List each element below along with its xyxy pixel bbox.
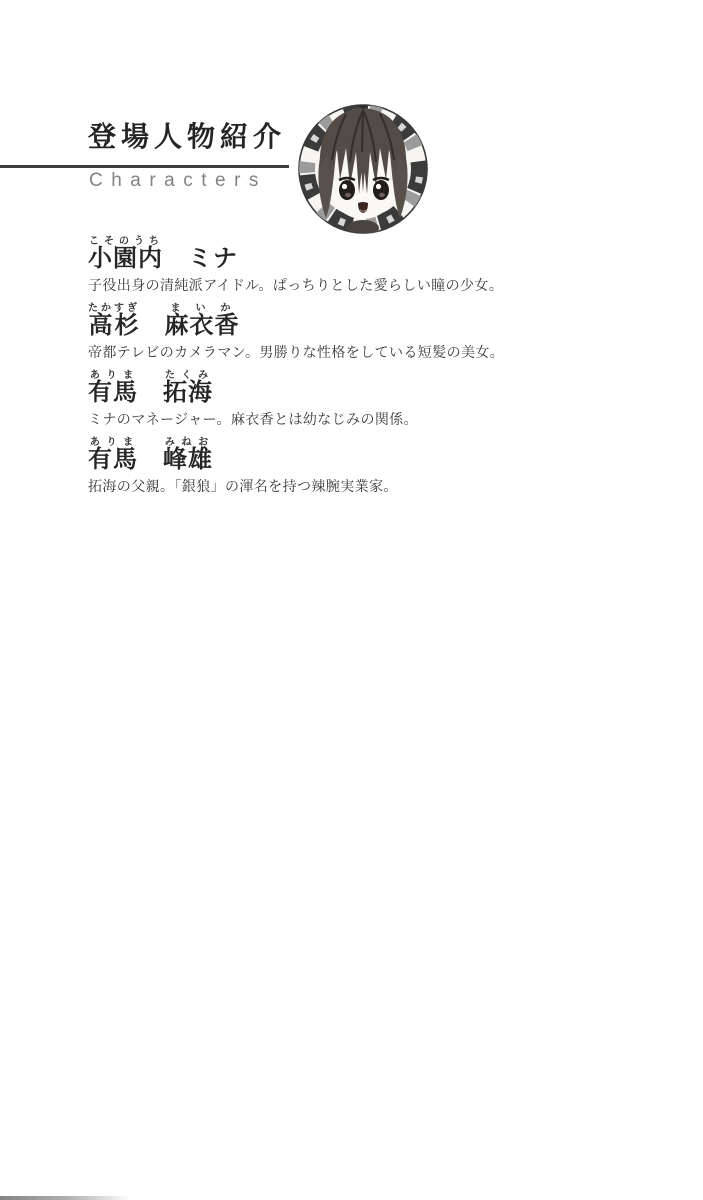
page-subtitle: Characters: [89, 170, 267, 192]
character-entry: 高杉たかすぎ 麻衣香まいか 帝都テレビのカメラマン。男勝りな性格をしている短髪の…: [88, 303, 668, 361]
character-name: 有馬ありま 拓海たくみ: [88, 370, 668, 408]
character-list: 小園内こそのうち ミナ 子役出身の清純派アイドル。ぱっちりとした愛らしい瞳の少女…: [88, 236, 668, 504]
character-description: 子役出身の清純派アイドル。ぱっちりとした愛らしい瞳の少女。: [88, 277, 668, 295]
character-portrait: [296, 102, 430, 236]
character-description: ミナのマネージャー。麻衣香とは幼なじみの関係。: [88, 411, 668, 429]
page-root: { "header": { "title": "登場人物紹介", "subtit…: [0, 0, 703, 1200]
character-entry: 有馬ありま 拓海たくみ ミナのマネージャー。麻衣香とは幼なじみの関係。: [88, 370, 668, 428]
scan-edge-smudge: [0, 1196, 130, 1200]
character-name: 高杉たかすぎ 麻衣香まいか: [88, 303, 668, 341]
character-entry: 小園内こそのうち ミナ 子役出身の清純派アイドル。ぱっちりとした愛らしい瞳の少女…: [88, 236, 668, 294]
title-rule: [0, 165, 289, 168]
character-name: 小園内こそのうち ミナ: [88, 236, 668, 274]
girl-face-icon: [296, 102, 430, 236]
character-name: 有馬ありま 峰雄みねお: [88, 437, 668, 475]
character-description: 拓海の父親。「銀狼」の渾名を持つ辣腕実業家。: [88, 478, 668, 496]
page-title: 登場人物紹介: [88, 120, 286, 156]
book-page: 登場人物紹介 Characters: [0, 0, 703, 1200]
character-entry: 有馬ありま 峰雄みねお 拓海の父親。「銀狼」の渾名を持つ辣腕実業家。: [88, 437, 668, 495]
character-description: 帝都テレビのカメラマン。男勝りな性格をしている短髪の美女。: [88, 344, 668, 362]
